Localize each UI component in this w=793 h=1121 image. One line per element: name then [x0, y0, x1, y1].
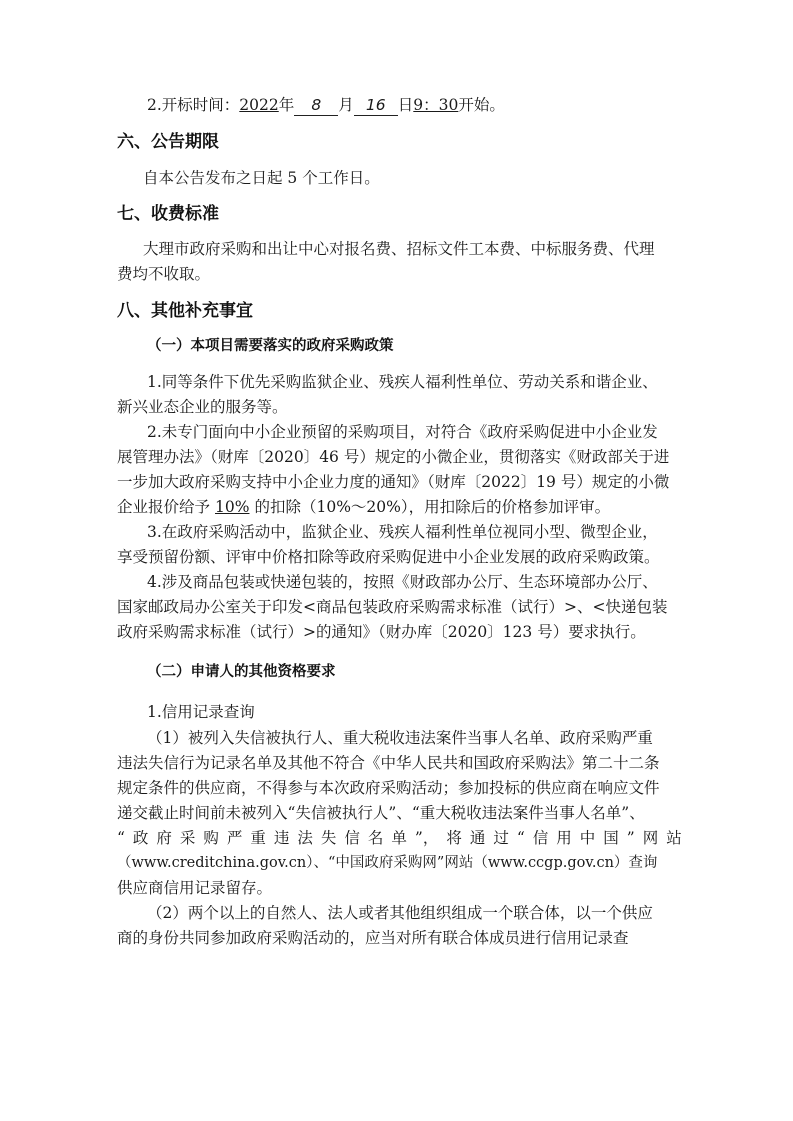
credit-check-title: 1.信用记录查询: [147, 702, 255, 722]
char: 购: [203, 828, 219, 848]
policy-3-line-1: 3.在政府采购活动中，监狱企业、残疾人福利性单位视同小型、微型企业，: [147, 522, 658, 542]
day-suffix: 日: [398, 96, 414, 114]
char: 严: [227, 828, 243, 848]
policy-4-line-2: 国家邮政局办公室关于印发<商品包装政府采购需求标准（试行）>、<快递包装: [117, 597, 667, 617]
char: 信: [344, 828, 360, 848]
char: 单: [391, 828, 407, 848]
opening-time-line: 2.开标时间：2022年8月16日9：30开始。: [147, 95, 505, 116]
opening-year: 2022: [239, 96, 278, 114]
discount-prefix: 企业报价给予: [117, 498, 210, 516]
year-suffix: 年: [279, 96, 295, 114]
credit-1-line-5-justified: “政府采购严重违法失信名单”，将通过“信用中国”网站: [117, 828, 682, 848]
opening-month-handwritten: 8: [294, 95, 338, 116]
char: ”: [627, 828, 635, 848]
char: 中: [580, 828, 596, 848]
section-7-title: 七、收费标准: [117, 203, 219, 225]
policy-4-line-3: 政府采购需求标准（试行）>的通知》（财办库〔2020〕123 号）要求执行。: [117, 622, 646, 642]
section-7-line-1: 大理市政府采购和出让中心对报名费、招标文件工本费、中标服务费、代理: [143, 239, 655, 259]
credit-1-line-7: 供应商信用记录留存。: [117, 878, 272, 898]
policy-2-line-2: 展管理办法》（财库〔2020〕46 号）规定的小微企业，贯彻落实《财政部关于进: [117, 447, 669, 467]
char: 将: [446, 828, 462, 848]
char: 过: [493, 828, 509, 848]
policy-2-line-1: 2.未专门面向中小企业预留的采购项目，对符合《政府采购促进中小企业发: [147, 422, 658, 442]
char: 网: [643, 828, 659, 848]
discount-suffix: 的扣除（10%～20%），用扣除后的价格参加评审。: [254, 498, 610, 516]
opening-time-label: 2.开标时间：: [147, 96, 239, 114]
credit-1-line-6: （www.creditchina.gov.cn）、“中国政府采购网”网站（www…: [117, 853, 657, 873]
policy-4-line-1: 4.涉及商品包装或快递包装的，按照《财政部办公厅、生态环境部办公厅、: [147, 572, 658, 592]
month-suffix: 月: [338, 96, 354, 114]
policy-2-line-3: 一步加大政府采购支持中小企业力度的通知》（财库〔2022〕19 号）规定的小微: [117, 472, 669, 492]
section-8-title: 八、其他补充事宜: [117, 300, 253, 322]
policy-3-line-2: 享受预留份额、评审中价格扣除等政府采购促进中小企业发展的政府采购政策。: [117, 547, 660, 567]
char: 重: [250, 828, 266, 848]
char: 法: [297, 828, 313, 848]
credit-1-line-1: （1）被列入失信被执行人、重大税收违法案件当事人名单、政府采购严重: [147, 728, 653, 748]
section-7-line-2: 费均不收取。: [117, 264, 210, 284]
char: ”，: [415, 828, 438, 848]
char: 名: [368, 828, 384, 848]
policy-1-line-1: 1.同等条件下优先采购监狱企业、残疾人福利性单位、劳动关系和谐企业、: [147, 372, 658, 392]
char: 违: [274, 828, 290, 848]
char: “: [517, 828, 525, 848]
char: 国: [603, 828, 619, 848]
credit-2-line-1: （2）两个以上的自然人、法人或者其他组织组成一个联合体，以一个供应: [147, 903, 653, 923]
policy-1-line-2: 新兴业态企业的服务等。: [117, 397, 288, 417]
char: 失: [321, 828, 337, 848]
credit-2-line-2: 商的身份共同参加政府采购活动的，应当对所有联合体成员进行信用记录查: [117, 928, 629, 948]
char: 通: [470, 828, 486, 848]
char: 用: [556, 828, 572, 848]
credit-1-line-2: 违法失信行为记录名单及其他不符合《中华人民共和国政府采购法》第二十二条: [117, 753, 660, 773]
credit-1-line-4: 递交截止时间前未被列入“失信被执行人”、“重大税收违法案件当事人名单”、: [117, 803, 645, 823]
section-6-title: 六、公告期限: [117, 131, 219, 153]
char: “: [117, 828, 125, 848]
char: 站: [666, 828, 682, 848]
char: 政: [133, 828, 149, 848]
time-suffix: 开始。: [458, 96, 505, 114]
opening-time-value: 9：30: [413, 96, 458, 114]
section-6-text: 自本公告发布之日起 5 个工作日。: [143, 168, 380, 188]
opening-day-handwritten: 16: [354, 95, 398, 116]
credit-1-line-3: 规定条件的供应商，不得参与本次政府采购活动；参加投标的供应商在响应文件: [117, 778, 660, 798]
discount-value: 10%: [210, 498, 254, 516]
char: 府: [156, 828, 172, 848]
char: 信: [533, 828, 549, 848]
policy-2-line-4: 企业报价给予10%的扣除（10%～20%），用扣除后的价格参加评审。: [117, 497, 610, 517]
char: 采: [180, 828, 196, 848]
subsection-1-title: （一）本项目需要落实的政府采购政策: [147, 336, 394, 356]
subsection-2-title: （二）申请人的其他资格要求: [147, 662, 336, 682]
